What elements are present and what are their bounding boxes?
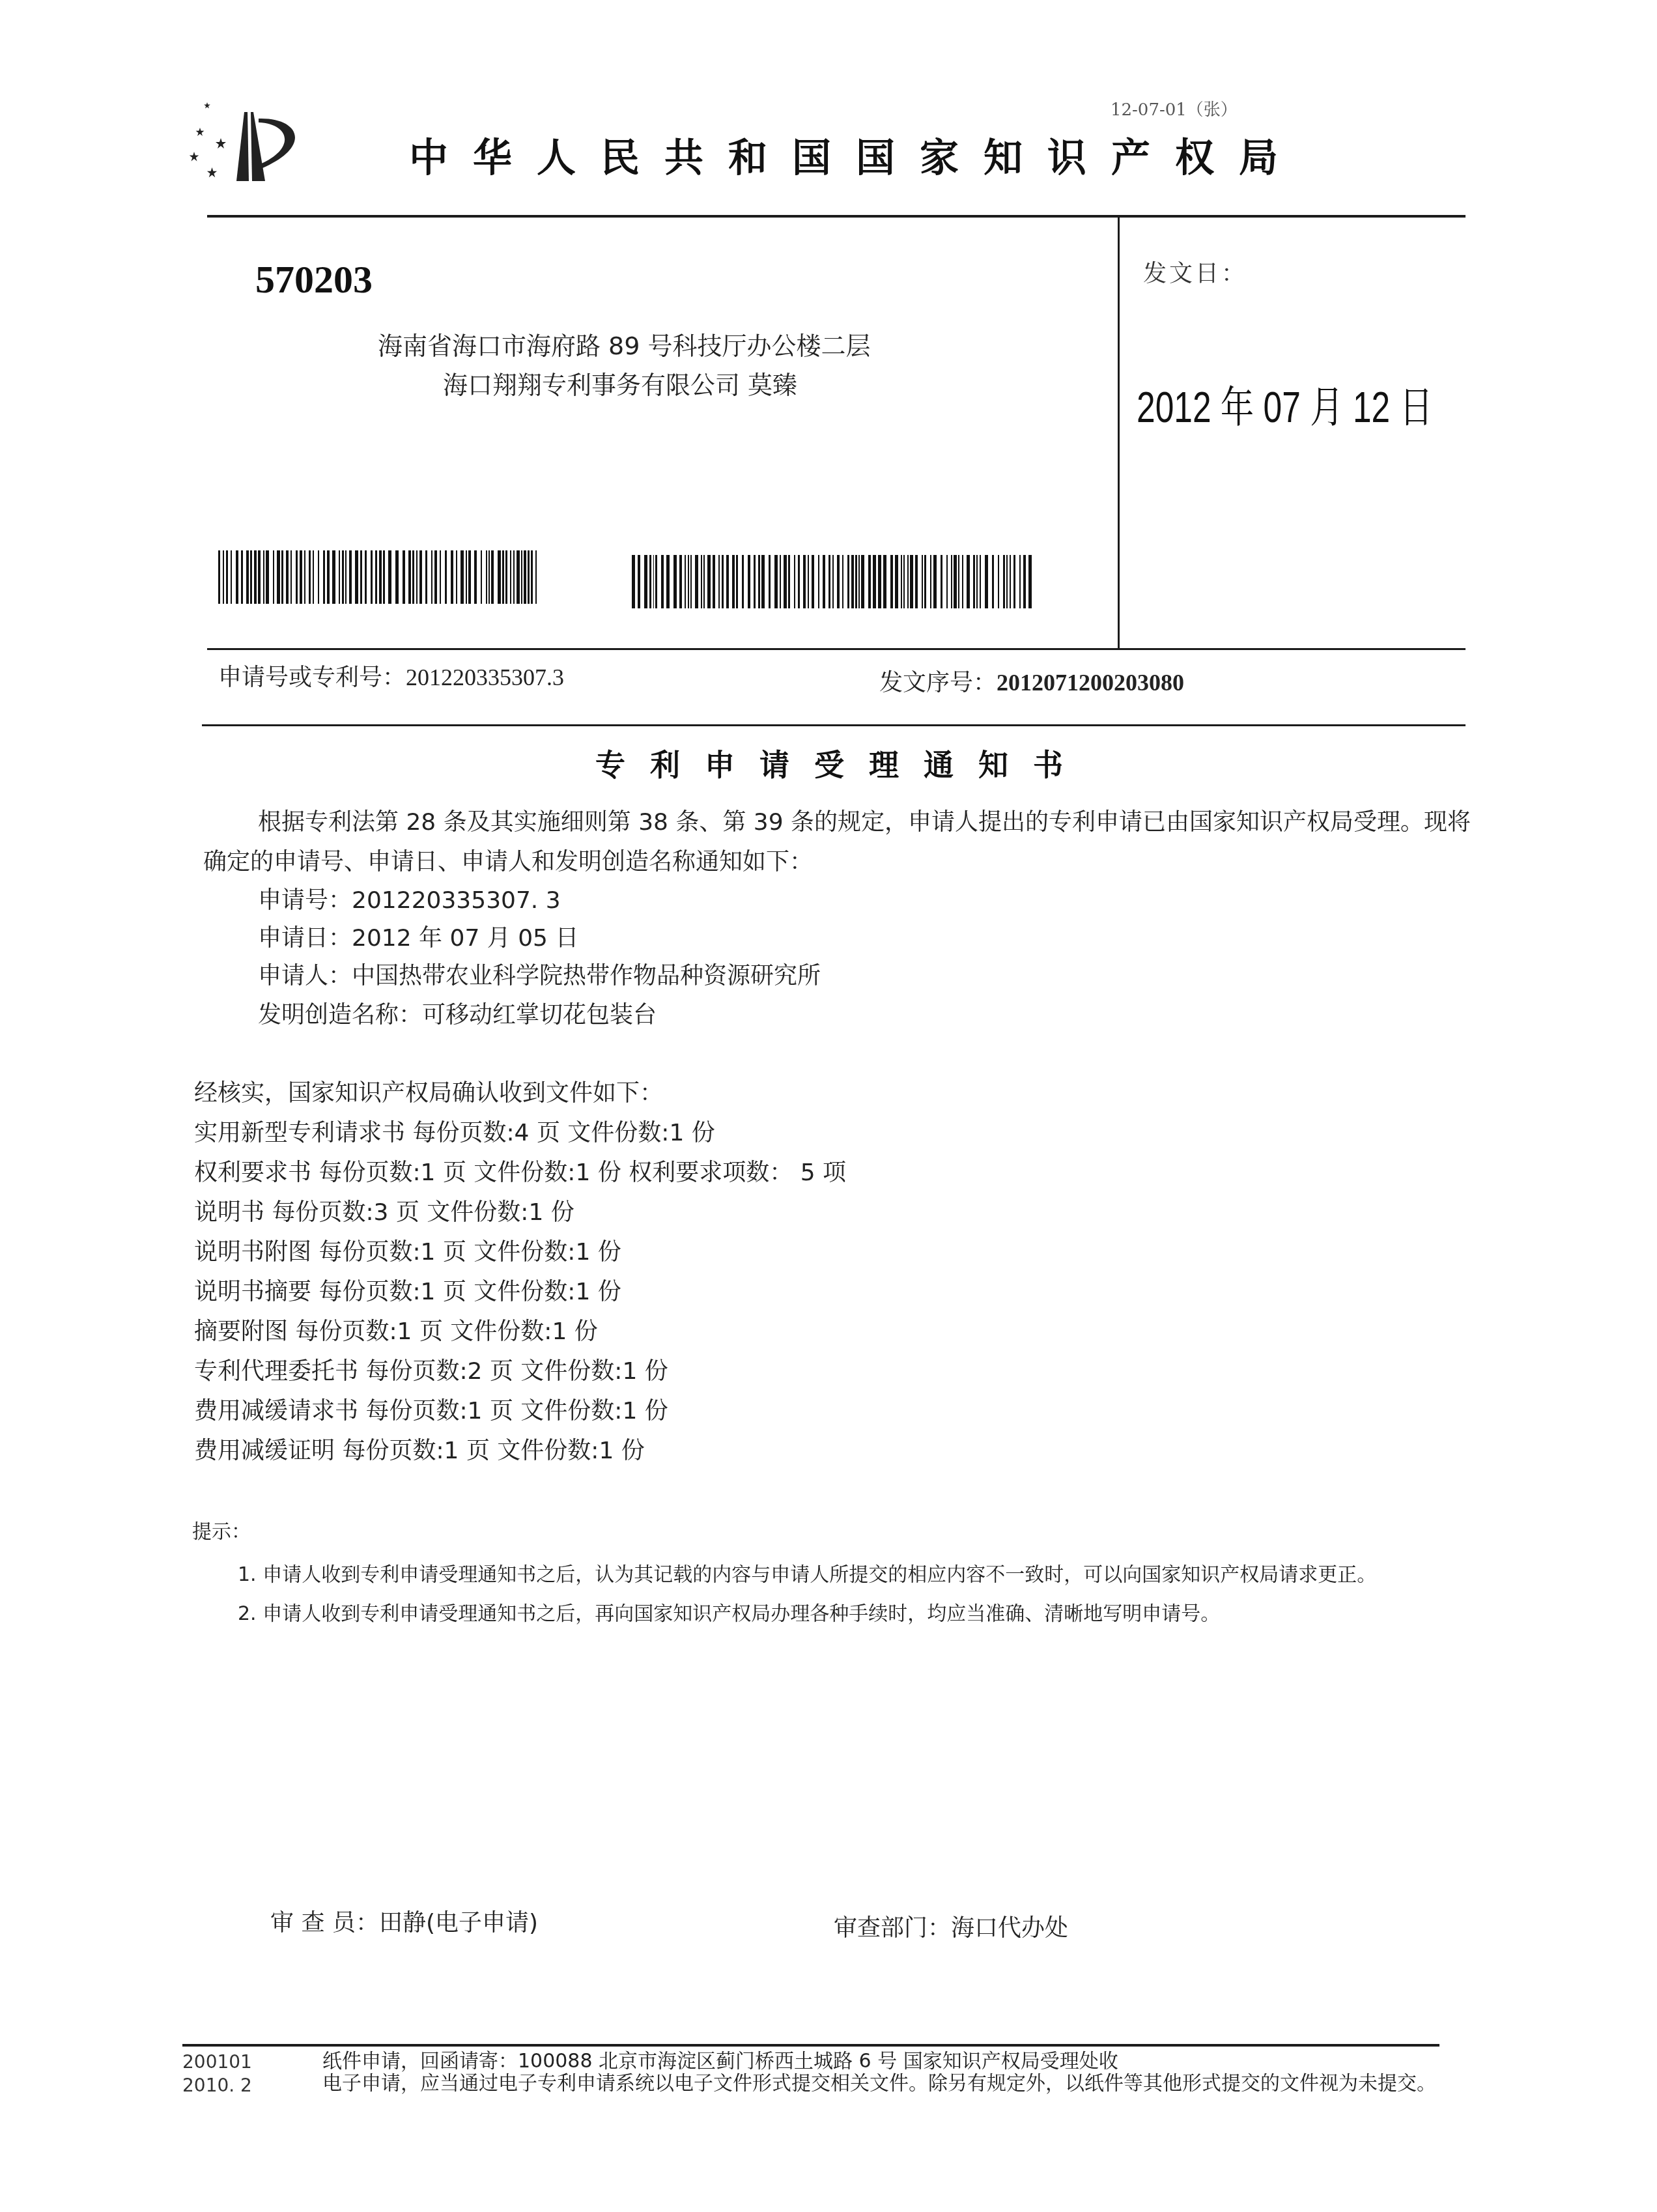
- reference-bottom-rule: [202, 724, 1466, 726]
- tip-item: 1. 申请人收到专利申请受理通知书之后，认为其记载的内容与申请人所提交的相应内容…: [192, 1555, 1462, 1595]
- reference-top-rule: [207, 648, 1466, 650]
- examiner: 审 查 员：田静(电子申请): [270, 1905, 538, 1938]
- recipient-address: 海南省海口市海府路 89 号科技厅办公楼二层: [378, 326, 871, 362]
- field-application-date: 申请日：2012 年 07 月 05 日: [258, 920, 578, 953]
- barcode-right: [632, 555, 1036, 608]
- serial-number-label: 发文序号：: [879, 670, 997, 696]
- form-code-number: 200101: [182, 2050, 252, 2074]
- footer-rule: [182, 2044, 1439, 2047]
- field-value: 中国热带农业科学院热带作物品种资源研究所: [352, 963, 821, 989]
- file-item: 摘要附图 每份页数:1 页 文件份数:1 份: [194, 1312, 846, 1352]
- examiner-value: 田静(电子申请): [379, 1910, 538, 1936]
- application-number-row: 申请号或专利号：201220335307.3: [218, 659, 564, 692]
- files-intro: 经核实，国家知识产权局确认收到文件如下：: [194, 1073, 846, 1113]
- file-item: 说明书 每份页数:3 页 文件份数:1 份: [194, 1193, 846, 1232]
- agency-name: 中华人民共和国国家知识产权局: [409, 127, 1303, 183]
- application-number-label: 申请号或专利号：: [218, 664, 406, 691]
- application-number-value: 201220335307.3: [406, 664, 564, 690]
- file-list: 实用新型专利请求书 每份页数:4 页 文件份数:1 份权利要求书 每份页数:1 …: [194, 1113, 846, 1471]
- date-divider: [1118, 215, 1120, 649]
- footer-paper-note: 纸件申请，回函请寄：100088 北京市海淀区蓟门桥西土城路 6 号 国家知识产…: [322, 2050, 1469, 2073]
- field-value: 可移动红掌切花包装台: [422, 1002, 657, 1028]
- file-item: 权利要求书 每份页数:1 页 文件份数:1 份 权利要求项数： 5 项: [194, 1153, 846, 1193]
- send-date-value: 2012 年 07 月 12 日: [1137, 373, 1433, 434]
- field-label: 申请人：: [258, 963, 352, 989]
- examining-department: 审查部门：海口代办处: [834, 1910, 1068, 1943]
- field-value: 201220335307. 3: [352, 887, 561, 914]
- form-version: 2010. 2: [182, 2074, 252, 2097]
- file-item: 费用减缓证明 每份页数:1 页 文件份数:1 份: [194, 1431, 846, 1471]
- footer-notes: 纸件申请，回函请寄：100088 北京市海淀区蓟门桥西土城路 6 号 国家知识产…: [322, 2050, 1469, 2095]
- field-label: 发明创造名称：: [258, 1002, 422, 1028]
- file-item: 专利代理委托书 每份页数:2 页 文件份数:1 份: [194, 1352, 846, 1391]
- field-label: 申请号：: [258, 887, 352, 914]
- recipient-name: 海口翔翔专利事务有限公司 莫臻: [443, 365, 797, 401]
- department-label: 审查部门：: [834, 1915, 951, 1942]
- field-application-number: 申请号：201220335307. 3: [258, 882, 561, 915]
- serial-number-row: 发文序号：2012071200203080: [879, 664, 1184, 698]
- examiner-label: 审 查 员：: [270, 1910, 379, 1936]
- received-files: 经核实，国家知识产权局确认收到文件如下： 实用新型专利请求书 每份页数:4 页 …: [194, 1073, 846, 1471]
- form-code: 200101 2010. 2: [182, 2050, 252, 2097]
- serial-number-value: 2012071200203080: [997, 670, 1184, 696]
- field-invention-name: 发明创造名称：可移动红掌切花包装台: [258, 997, 657, 1030]
- header-rule: [207, 215, 1466, 218]
- file-item: 费用减缓请求书 每份页数:1 页 文件份数:1 份: [194, 1391, 846, 1431]
- department-value: 海口代办处: [951, 1915, 1068, 1942]
- field-label: 申请日：: [258, 925, 352, 952]
- cnipa-logo-icon: [186, 98, 309, 182]
- file-item: 说明书附图 每份页数:1 页 文件份数:1 份: [194, 1232, 846, 1272]
- form-stamp: 12-07-01（张）: [1111, 96, 1238, 121]
- file-item: 说明书摘要 每份页数:1 页 文件份数:1 份: [194, 1272, 846, 1312]
- document-title: 专利申请受理通知书: [0, 741, 1657, 784]
- tips-list: 1. 申请人收到专利申请受理通知书之后，认为其记载的内容与申请人所提交的相应内容…: [192, 1555, 1462, 1634]
- field-applicant: 申请人：中国热带农业科学院热带作物品种资源研究所: [258, 957, 821, 991]
- file-item: 实用新型专利请求书 每份页数:4 页 文件份数:1 份: [194, 1113, 846, 1153]
- postcode: 570203: [255, 257, 373, 302]
- barcode-left: [218, 550, 557, 604]
- send-date-label: 发文日：: [1143, 255, 1247, 289]
- footer-electronic-note: 电子申请，应当通过电子专利申请系统以电子文件形式提交相关文件。除另有规定外，以纸…: [322, 2073, 1469, 2095]
- tip-item: 2. 申请人收到专利申请受理通知书之后，再向国家知识产权局办理各种手续时，均应当…: [192, 1595, 1462, 1634]
- field-value: 2012 年 07 月 05 日: [352, 925, 578, 952]
- tips-label: 提示：: [192, 1515, 251, 1544]
- intro-paragraph: 根据专利法第 28 条及其实施细则第 38 条、第 39 条的规定，申请人提出的…: [203, 802, 1473, 882]
